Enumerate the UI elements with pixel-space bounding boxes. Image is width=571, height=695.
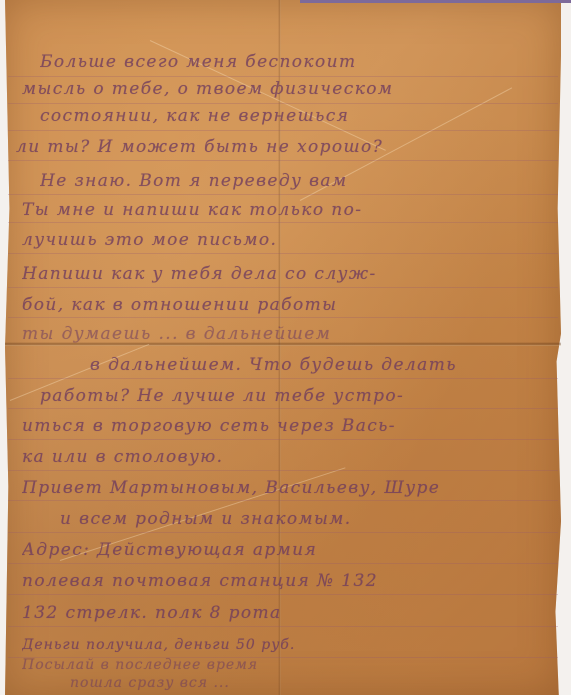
text-line: ли ты? И может быть не хорошо?	[16, 137, 551, 157]
text-line: Адрес: Действующая армия	[22, 540, 557, 560]
text-line: мысль о тебе, о твоем физическом	[22, 79, 557, 99]
text-line: Посылай в последнее время	[22, 657, 557, 673]
text-line: Привет Мартыновым, Васильеву, Шуре	[22, 478, 557, 498]
text-line: Напиши как у тебя дела со служ-	[22, 264, 557, 284]
text-line: пошла сразу вся ...	[70, 675, 571, 691]
text-line: Ты мне и напиши как только по-	[22, 200, 557, 220]
text-line: полевая почтовая станция № 132	[22, 571, 557, 591]
text-line: бой, как в отношении работы	[22, 295, 557, 315]
text-line: иться в торговую сеть через Вась-	[22, 416, 557, 436]
text-line: ты думаешь ... в дальнейшем	[22, 324, 557, 344]
handwritten-text: Больше всего меня беспокоит мысль о тебе…	[0, 0, 571, 695]
text-line: ка или в столовую.	[22, 447, 557, 467]
text-line: работы? Не лучше ли тебе устро-	[40, 386, 571, 406]
text-line: в дальнейшем. Что будешь делать	[90, 355, 571, 375]
text-line: Больше всего меня беспокоит	[40, 52, 571, 72]
text-line: состоянии, как не вернешься	[40, 106, 571, 126]
text-line: Не знаю. Вот я переведу вам	[40, 171, 571, 191]
text-line: Деньги получила, деньги 50 руб.	[22, 637, 557, 653]
text-line: лучишь это мое письмо.	[22, 230, 557, 250]
text-line: и всем родным и знакомым.	[60, 509, 571, 529]
text-line: 132 стрелк. полк 8 рота	[22, 603, 557, 623]
